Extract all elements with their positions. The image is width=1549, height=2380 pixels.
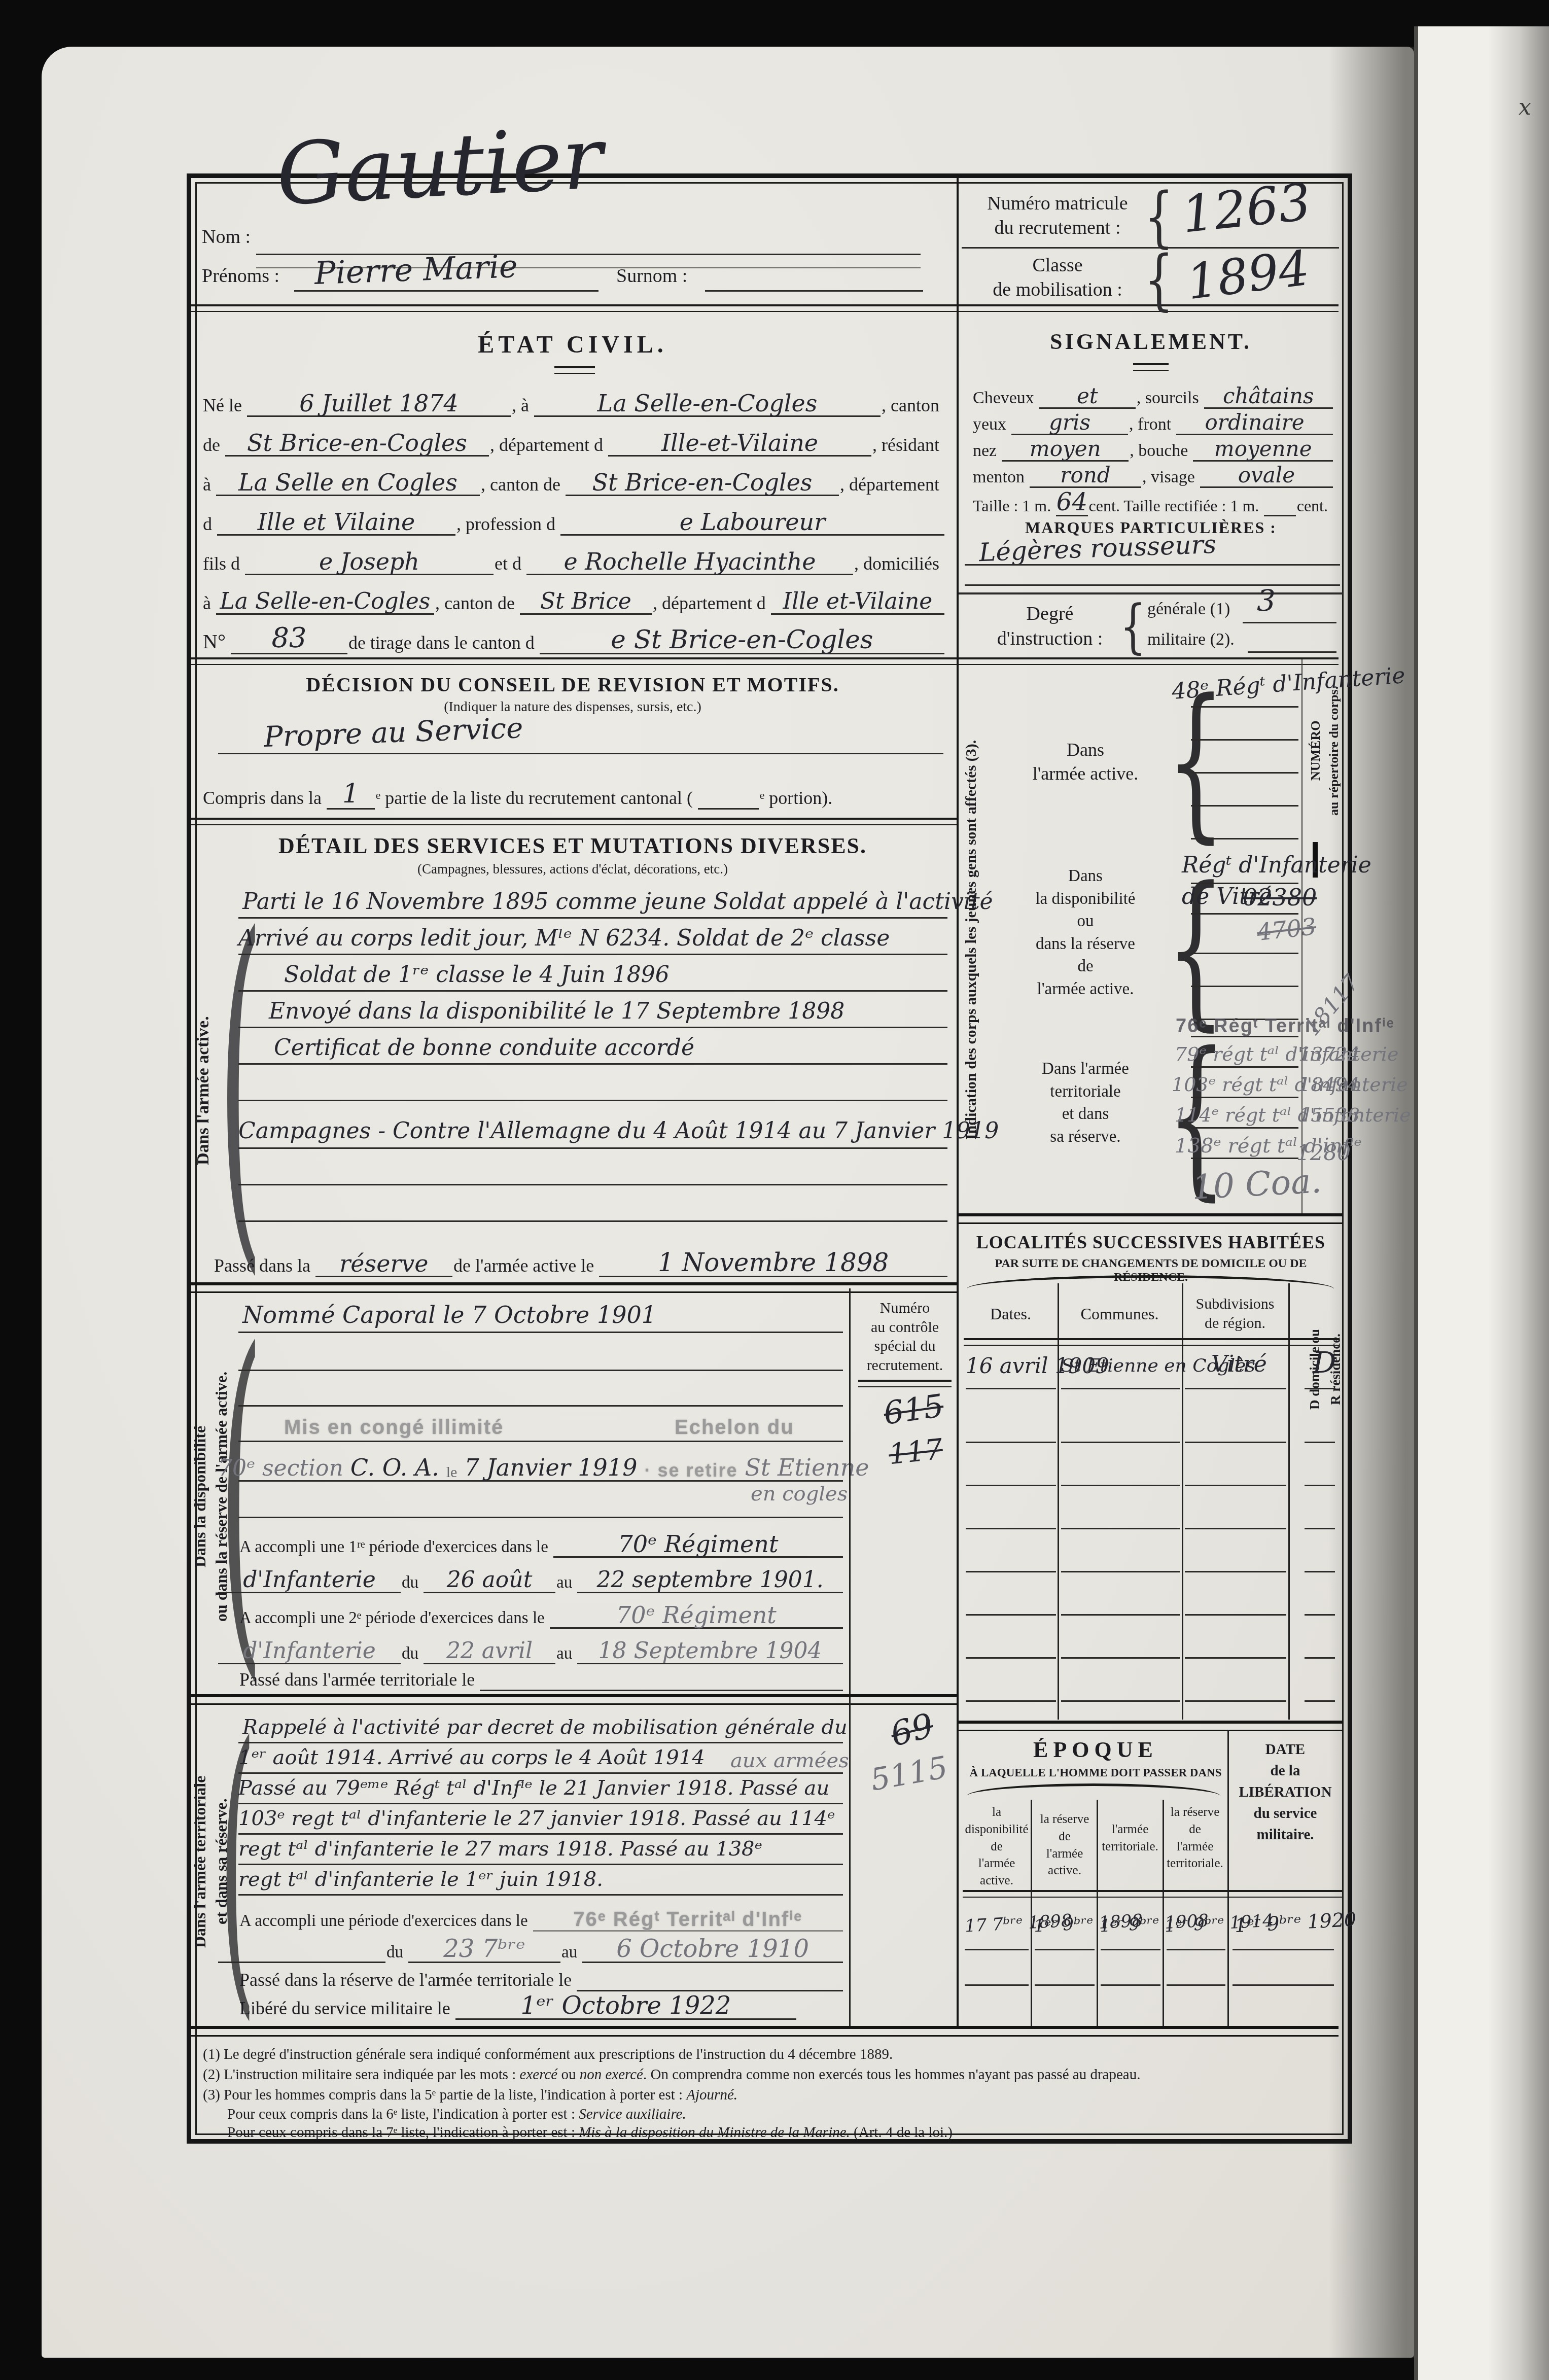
epoque-blank-line-3 (1101, 1984, 1160, 1986)
footnote-1: (1) Le degré d'instruction générale sera… (203, 2046, 1329, 2063)
signalement-dash (1133, 363, 1169, 371)
militaire-line (1248, 651, 1336, 653)
matricule-brace: { (1144, 184, 1174, 250)
svc-line-9 (238, 1220, 947, 1222)
coa-entry: 10 Coa. (1191, 1161, 1322, 1207)
classe-label: Classe de mobilisation : (974, 254, 1141, 302)
footnote-4: Pour ceux compris dans la 6ᵉ liste, l'in… (227, 2106, 1333, 2123)
tirage-row: N° 83 de tirage dans le canton d e St Br… (202, 617, 944, 654)
epoque-header-rule (963, 1890, 1342, 1898)
scanned-register-photo: { "palette":{"paper":"#e7e5df","ink":"#2… (0, 0, 1549, 2380)
epoque-vrow-line-1 (965, 1949, 1029, 1950)
conge-stamp-1: Mis en congé illimité (284, 1416, 504, 1439)
ec-row-1: Né le 6 Juillet 1874 , à La Selle-en-Cog… (202, 379, 944, 417)
generale-label: générale (1) (1147, 600, 1230, 619)
classe-brace: { (1144, 247, 1174, 312)
corps-bottom (959, 1213, 1343, 1224)
taille-row: Taille : 1 m. 64 cent. Taille rectifiée … (972, 488, 1333, 516)
periode2-row1: A accompli une 2ᵉ période d'exercices da… (238, 1595, 843, 1629)
terr-entry-1: Rappelé à l'activité par decret de mobil… (242, 1716, 848, 1739)
decision-title: DÉCISION DU CONSEIL DE REVISION ET MOTIF… (188, 673, 958, 696)
epoque-blank-line-5 (1233, 1984, 1334, 1986)
etat-civil-title: ÉTAT CIVIL. (188, 331, 958, 359)
periode1-row2: d'Infanterie du 26 août au 22 septembre … (218, 1560, 843, 1593)
periode1-row1: A accompli une 1ʳᵉ période d'exercices d… (238, 1524, 843, 1558)
sig-row-4: menton rond , visage ovale (972, 462, 1333, 488)
nom-value: Gautier (274, 108, 605, 224)
localite-row-line-a (966, 1388, 1056, 1389)
localites-vline-3 (1288, 1283, 1290, 1720)
aa-line-5 (1191, 838, 1298, 839)
svc-line-2 (238, 954, 947, 955)
svc-line-8 (238, 1184, 947, 1185)
instruction-brace: { (1120, 598, 1146, 656)
localites-header-rule (964, 1338, 1339, 1346)
dispo-line-3 (238, 1405, 843, 1407)
dp-line-2 (1191, 913, 1298, 915)
footnote-3: (3) Pour les hommes compris dans la 5ᵉ p… (203, 2087, 1329, 2104)
terr-margin-divider (849, 1697, 851, 2026)
epoque-col1-header: la disponibilité de l'armée active. (963, 1804, 1031, 1889)
instruction-label: Degré d'instruction : (979, 602, 1121, 652)
aa-line-1 (1191, 706, 1298, 708)
sig-row-1: Cheveux et , sourcils châtains (972, 379, 1333, 409)
conge-row: 70ᵉ section C. O. A. le 7 Janvier 1919 ·… (218, 1449, 847, 1481)
localite-row-line-b (1061, 1388, 1180, 1389)
campagnes-entry: Campagnes - Contre l'Allemagne du 4 Août… (238, 1118, 999, 1144)
terr-entry-5: regt tᵃˡ d'infanterie le 27 mars 1918. P… (238, 1837, 762, 1861)
generale-value: 3 (1257, 583, 1276, 618)
localites-col-communes: Communes. (1058, 1305, 1182, 1323)
svc-line-1 (238, 917, 947, 919)
epoque-title: ÉPOQUE (964, 1737, 1227, 1763)
localites-bottom (959, 1721, 1343, 1731)
dispo-line-2 (238, 1370, 843, 1371)
epoque-blank-line-2 (1035, 1984, 1095, 1986)
terr-line-1 (238, 1742, 843, 1743)
svc-line-6 (238, 1100, 947, 1101)
terr-du-au-row: du 23 7ᵇʳᵉ au 6 Octobre 1910 (218, 1933, 843, 1963)
terr-passe-reserve-row: Passé dans la réserve de l'armée territo… (238, 1965, 843, 1991)
next-page-edge (1414, 26, 1549, 2380)
terr-exercice-row: A accompli une période d'exercices dans … (238, 1900, 843, 1932)
marques-line-1 (965, 564, 1340, 566)
tr-line-2 (1191, 1066, 1298, 1068)
localites-empty-rows-2 (1061, 1400, 1180, 1704)
militaire-label: militaire (2). (1147, 630, 1235, 649)
armee-active-label: Dans l'armée active. (1004, 738, 1167, 786)
terr-line-6 (238, 1894, 843, 1896)
dp-line-3 (1191, 953, 1298, 954)
compris-row: Compris dans la 1 ᵉ partie de la liste d… (202, 775, 944, 810)
sig-row-2: yeux gris , front ordinaire (972, 409, 1333, 435)
footnote-1-num: (1) (203, 2046, 220, 2062)
terr-label: Dans l'armée territoriale et dans sa rés… (1002, 1058, 1169, 1148)
terr-row-2: 79ᵉ régt tᵃˡ d'infanterie (1175, 1043, 1398, 1065)
passe-territoriale-row: Passé dans l'armée territoriale le (238, 1663, 843, 1691)
terr-line-3 (238, 1803, 843, 1804)
localite-row-subdiv: Vitré (1211, 1351, 1267, 1377)
services-title: DÉTAIL DES SERVICES ET MUTATIONS DIVERSE… (188, 833, 958, 859)
footnote-5: Pour ceux compris dans la 7ᵉ liste, l'in… (227, 2124, 1333, 2141)
terr-num-5: 1280 (1296, 1140, 1351, 1165)
libere-row: Libéré du service militaire le 1ᵉʳ Octob… (238, 1991, 796, 2020)
terr-row-4: 114ᵉ régt tᵃˡ d'infanterie (1175, 1104, 1411, 1126)
svc-line-7 (238, 1147, 947, 1149)
epoque-vrow-line-2 (1035, 1949, 1095, 1950)
aux-armees-note: aux armées (730, 1749, 849, 1772)
svc-line-3 (238, 990, 947, 992)
epoque-subtitle: À LAQUELLE L'HOMME DOIT PASSER DANS (964, 1766, 1227, 1779)
footnote-2-num: (2) (203, 2067, 220, 2083)
terr-line-2 (238, 1772, 843, 1774)
localites-vline-2 (1182, 1283, 1183, 1720)
decision-line (218, 753, 943, 754)
terr-stamp-row: 76ᵉ Régᵗ Territᵃˡ d'Infⁱᵉ (1176, 1014, 1395, 1037)
controle-col-divider (849, 1288, 851, 1694)
ec-row-2: de St Brice-en-Cogles , département d Il… (202, 419, 944, 457)
corps-side-label: Indication des corps auxquels les jeunes… (963, 667, 980, 1212)
dp-line-4 (1191, 986, 1298, 987)
dispo-line-4 (238, 1441, 843, 1442)
terr-entry-2: 1ᵉʳ août 1914. Arrivé au corps le 4 Août… (238, 1746, 705, 1769)
epoque-vrow-line-5 (1233, 1949, 1334, 1950)
generale-line (1243, 622, 1336, 623)
footnote-3-num: (3) (203, 2087, 220, 2103)
svc-entry-3: Soldat de 1ʳᵉ classe le 4 Juin 1896 (284, 962, 670, 988)
signalement-bottom (959, 592, 1343, 594)
terr-entry-4: 103ᵉ regt tᵃˡ d'infanterie le 27 janvier… (238, 1807, 835, 1830)
decision-bottom (191, 818, 957, 825)
aa-line-3 (1191, 772, 1298, 774)
services-bottom (191, 1282, 957, 1293)
terr-num-3: 18494 (1298, 1073, 1360, 1096)
terr-row-3: 103ᵉ régt tᵃˡ d'infanterie (1172, 1073, 1408, 1096)
terr-num-4: 15538 (1298, 1104, 1360, 1126)
epoque-blank-line-1 (965, 1984, 1029, 1986)
dispo-num-1: 02380 (1243, 884, 1317, 911)
ec-row-3: à La Selle en Cogles , canton de St Bric… (202, 459, 944, 496)
prenoms-value: Pierre Marie (314, 248, 518, 292)
corner-x-mark: x (1519, 94, 1531, 120)
surnom-label: Surnom : (616, 265, 687, 287)
localite-row-line-c (1185, 1388, 1286, 1389)
dispo-line-1 (238, 1332, 843, 1333)
controle-header: Numéro au contrôle spécial du recrutemen… (854, 1299, 956, 1375)
prenoms-line (294, 290, 599, 292)
svc-entry-1: Parti le 16 Novembre 1895 comme jeune So… (242, 889, 993, 915)
svc-entry-2: Arrivé au corps ledit jour, Mˡᵉ N 6234. … (238, 925, 890, 951)
prenoms-label: Prénoms : (202, 265, 279, 287)
localites-empty-rows-3 (1185, 1400, 1286, 1704)
footnotes-top-rule (191, 2026, 1339, 2037)
services-side-label: Dans l'armée active. (194, 938, 213, 1243)
tr-line-5 (1191, 1158, 1298, 1159)
ec-row-4: d Ille et Vilaine , profession d e Labou… (202, 498, 944, 536)
tr-line-3 (1191, 1097, 1298, 1098)
epoque-blank-line-4 (1167, 1984, 1225, 1986)
caporal-entry: Nommé Caporal le 7 Octobre 1901 (242, 1301, 656, 1328)
terr-num-2: 13724 (1298, 1043, 1360, 1065)
dispo-line-6 (238, 1517, 843, 1518)
dispo-label: Dans la disponibilité ou dans la réserve… (1002, 865, 1169, 1000)
conge-row-2: en cogles (751, 1482, 848, 1506)
svc-entry-5: Certificat de bonne conduite accordé (274, 1035, 694, 1061)
localites-col-subdiv: Subdivisions de région. (1182, 1294, 1288, 1333)
ec-row-5: fils d e Joseph et d e Rochelle Hyacinth… (202, 538, 944, 575)
matricule-label: Numéro matricule du recrutement : (974, 192, 1141, 240)
controle-header-rule (858, 1380, 952, 1387)
tr-line-4 (1191, 1127, 1298, 1129)
marques-line-2 (965, 584, 1340, 586)
passe-reserve-row: Passé dans la réserve de l'armée active … (213, 1242, 947, 1277)
terr-line-4 (238, 1833, 843, 1835)
aa-line-2 (1191, 739, 1298, 741)
services-subtitle: (Campagnes, blessures, actions d'éclat, … (188, 861, 958, 877)
localites-empty-rows-4 (1305, 1400, 1335, 1704)
epoque-vline-4 (1227, 1730, 1229, 2026)
surnom-line (705, 290, 923, 292)
localites-title: LOCALITÉS SUCCESSIVES HABITÉES (959, 1232, 1343, 1253)
svc-entry-4: Envoyé dans la disponibilité le 17 Septe… (269, 998, 844, 1024)
periode2-row2: d'Infanterie du 22 avril au 18 Septembre… (218, 1631, 843, 1664)
dispo-band-bottom (191, 1694, 957, 1705)
localites-col-dates: Dates. (964, 1305, 1058, 1323)
localite-row-line-d (1305, 1388, 1335, 1389)
footnote-1-text: Le degré d'instruction générale sera ind… (224, 2046, 893, 2062)
terr-entry-3: Passé au 79ᵉᵐᵉ Régᵗ tᵃˡ d'Infⁱᵉ le 21 Ja… (238, 1776, 829, 1800)
localite-row-dr: D (1313, 1345, 1336, 1380)
main-column-divider (957, 173, 959, 2026)
ec-row-6: à La Selle-en-Cogles , canton de St Bric… (202, 577, 944, 615)
controle-num-2: 117 (887, 1433, 944, 1472)
terr-line-5 (238, 1864, 843, 1865)
decision-subtitle: (Indiquer la nature des dispenses, sursi… (188, 699, 958, 715)
localites-empty-rows-1 (966, 1400, 1056, 1704)
localites-vline-1 (1058, 1283, 1059, 1720)
epoque-vrow-line-3 (1101, 1949, 1160, 1950)
footnote-2: (2) L'instruction militaire sera indiqué… (203, 2067, 1329, 2083)
terr-entry-6: regt tᵃˡ d'infanterie le 1ᵉʳ juin 1918. (238, 1868, 603, 1891)
epoque-col4-header: la réserve de l'armée territoriale. (1164, 1804, 1226, 1872)
sig-row-3: nez moyen , bouche moyenne (972, 435, 1333, 462)
epoque-col2-header: la réserve de l'armée active. (1033, 1811, 1097, 1879)
dispo-value-1: Régᵗ d'Infanterie (1182, 852, 1371, 878)
signalement-title: SIGNALEMENT. (959, 329, 1343, 355)
aa-line-4 (1191, 805, 1298, 807)
etat-civil-title-dash (554, 366, 595, 374)
svc-line-5 (238, 1063, 947, 1065)
conge-stamp-2: Echelon du (675, 1416, 794, 1439)
epoque-vrow-line-4 (1167, 1949, 1225, 1950)
svc-line-4 (238, 1027, 947, 1028)
epoque-date-header: DATE de la LIBÉRATION du service militai… (1229, 1739, 1341, 1845)
nom-label: Nom : (202, 226, 251, 248)
epoque-col3-header: l'armée territoriale. (1099, 1821, 1161, 1856)
